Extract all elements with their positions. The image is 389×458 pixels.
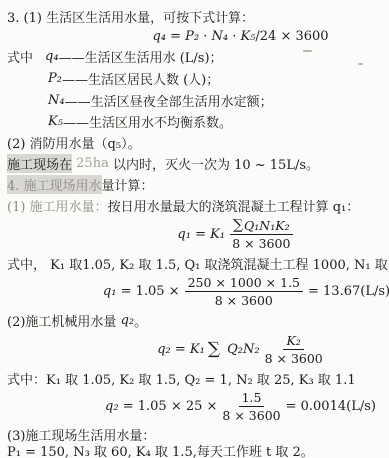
line-q1-values: 式中， K₁ 取1.05, K₂ 取 1.5, Q₁ 取浇筑混凝土工程 1000… <box>7 253 382 273</box>
heading-living-water: 3. (1) 生活区生活用水量，可按下式计算： <box>7 6 382 26</box>
variable-symbol: P₂ <box>48 71 62 86</box>
sum-symbol: ∑ <box>233 219 243 232</box>
formula-q4: q₄ = P₂ · N₄ · K₅/24 × 3600 <box>7 26 382 46</box>
fraction-numerator: ∑Q₁N₁K₂ <box>230 218 293 235</box>
formula-q4-const: /24 × 3600 <box>255 29 328 44</box>
formula-vars: Q₂N₂ <box>223 342 260 357</box>
heading-construction-water: (1) 施工用水量：按日用水量最大的浇筑混凝土工程计算 q₁： <box>7 195 382 215</box>
fraction-numerator: 250 × 1000 × 1.5 <box>185 275 303 292</box>
line-site-area: 施工现场在 25ha 以内时，灭火一次为 10 ~ 15L/s。 <box>7 153 382 174</box>
formula-result: = 13.67(L/s) <box>308 284 389 299</box>
fraction: ∑Q₁N₁K₂ 8 × 3600 <box>230 218 293 251</box>
heading-text: 按日用水量最大的浇筑混凝土工程计算 q₁： <box>108 196 360 215</box>
fraction-denominator: 8 × 3600 <box>265 350 323 366</box>
heading-text: 。 <box>134 311 147 330</box>
formula-var: q₂ <box>105 399 119 414</box>
line-q2-values: 式中：K₁ 取 1.05, K₂ 取 1.5, Q₂ = 1, N₂ 取 25,… <box>7 368 382 388</box>
variable-description: ——生活区昼夜全部生活用水定额； <box>65 91 273 110</box>
formula-lhs: = 1.05 × 25 × <box>119 399 218 414</box>
variable-symbol: N₄ <box>48 93 65 108</box>
variable-description: ——生活区生活用水 (L/s)； <box>59 47 223 66</box>
variable-description: ——生活区用水不均衡系数。 <box>63 112 232 131</box>
faded-text: (1) 施工用水量： <box>7 196 108 215</box>
variable-symbol: q₄ <box>45 49 59 64</box>
fraction-numerator: 1.5 <box>239 390 265 407</box>
where-label: 式中 <box>7 47 33 66</box>
line-text: P₁ = 150, N₃ 取 60, K₄ 取 1.5,每天工作班 t 取 2。 <box>7 441 314 458</box>
line-p1-values: P₁ = 150, N₃ 取 60, K₄ 取 1.5,每天工作班 t 取 2。 <box>7 443 382 458</box>
formula-lhs: q₂ = K₁ <box>157 342 205 357</box>
formula-q2-general: q₂ = K₁∑ Q₂N₂ K₂ 8 × 3600 <box>7 331 382 368</box>
faded-value: 25ha <box>72 156 113 171</box>
numerator-vars: Q₁N₁K₂ <box>244 218 290 233</box>
variable-symbol: K₅ <box>48 114 63 129</box>
formula-q4-vars: q₄ = P₂ · N₄ · K₅ <box>152 29 255 44</box>
fraction-denominator: 8 × 3600 <box>215 292 273 308</box>
fraction-denominator: 8 × 3600 <box>232 235 290 251</box>
scan-speck <box>358 63 363 65</box>
formula-q1-general: q₁ = K₁ ∑Q₁N₁K₂ 8 × 3600 <box>7 215 382 253</box>
heading-fire-water: (2) 消防用水量（q₅）。 <box>7 132 382 153</box>
document-page: 3. (1) 生活区生活用水量，可按下式计算： q₄ = P₂ · N₄ · K… <box>0 0 389 458</box>
definition-row-n4: N₄ ——生活区昼夜全部生活用水定额； <box>48 89 382 111</box>
fraction: 1.5 8 × 3600 <box>222 390 280 423</box>
formula-lhs: q₁ = K₁ <box>177 227 225 242</box>
fraction: 250 × 1000 × 1.5 8 × 3600 <box>185 275 303 308</box>
heading-text: 量计算： <box>102 175 154 194</box>
formula-var: q₁ <box>103 284 117 299</box>
heading-text: (2)施工机械用水量 <box>7 311 121 330</box>
scan-speck <box>303 50 312 52</box>
variable-symbol: q₂ <box>121 313 135 328</box>
heading-machinery-water: (2)施工机械用水量 q₂。 <box>7 309 382 331</box>
heading-text: 3. (1) 生活区生活用水量，可按下式计算： <box>7 7 254 26</box>
variable-description: ——生活区居民人数 (人)； <box>62 69 219 88</box>
fraction: K₂ 8 × 3600 <box>265 333 323 366</box>
highlighted-text: 4. 施工现场用水 <box>7 175 102 194</box>
definition-row-k5: K₅ ——生活区用水不均衡系数。 <box>48 111 382 132</box>
fraction-denominator: 8 × 3600 <box>222 407 280 423</box>
highlighted-text: 施工现场在 <box>7 154 72 173</box>
heading-site-water-calc: 4. 施工现场用水量计算： <box>7 174 382 195</box>
sum-symbol: ∑ <box>208 342 220 356</box>
fraction-numerator: K₂ <box>283 333 303 350</box>
heading-text: (2) 消防用水量（q₅）。 <box>7 133 141 152</box>
formula-q2-result: q₂ = 1.05 × 25 × 1.5 8 × 3600 = 0.0014(L… <box>7 388 382 425</box>
formula-lhs: = 1.05 × <box>116 284 179 299</box>
line-text: 式中：K₁ 取 1.05, K₂ 取 1.5, Q₂ = 1, N₂ 取 25,… <box>7 369 356 388</box>
line-text: 式中， K₁ 取1.05, K₂ 取 1.5, Q₁ 取浇筑混凝土工程 1000… <box>7 254 389 273</box>
line-text: 以内时，灭火一次为 10 ~ 15L/s。 <box>113 154 319 173</box>
definition-row-q4: 式中 q₄ ——生活区生活用水 (L/s)； <box>7 46 382 67</box>
definition-row-p2: P₂ ——生活区居民人数 (人)； <box>48 67 382 89</box>
formula-q1-result: q₁ = 1.05 × 250 × 1000 × 1.5 8 × 3600 = … <box>7 273 382 309</box>
formula-result: = 0.0014(L/s) <box>286 399 376 414</box>
